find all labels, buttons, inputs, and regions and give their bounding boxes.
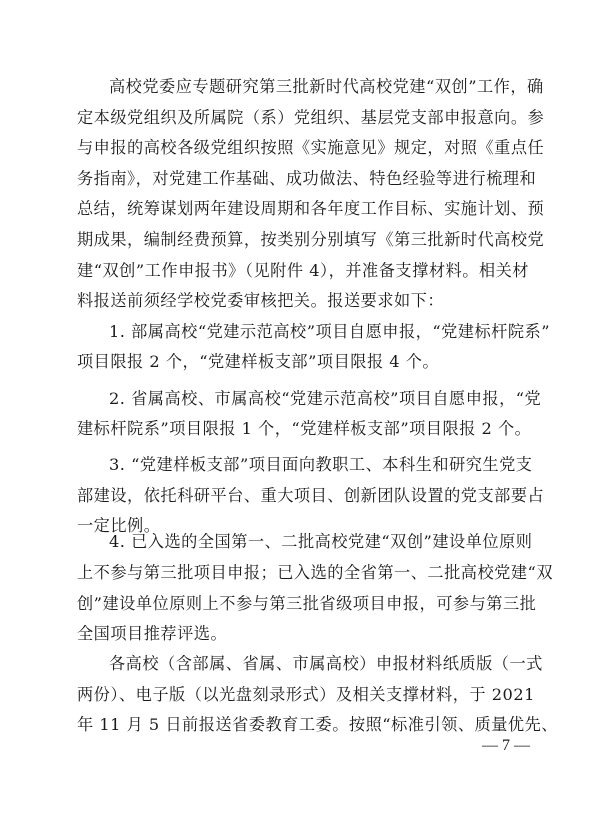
item-2-line-1: 2. 省属高校、市属高校“党建示范高校”项目自愿申报，“党 bbox=[109, 384, 529, 414]
paragraph-submission-line-1: 各高校（含部属、省属、市属高校）申报材料纸质版（一式 bbox=[109, 649, 529, 679]
item-1-line-2: 项目限报 2 个，“党建样板支部”项目限报 4 个。 bbox=[77, 347, 529, 377]
paragraph-intro-line-2: 定本级党组织及所属院（系）党组织、基层党支部申报意向。参 bbox=[77, 103, 529, 133]
item-4-line-4: 全国项目推荐评选。 bbox=[77, 619, 529, 649]
paragraph-submission-line-3: 年 11 月 5 日前报送省委教育工委。按照“标准引领、质量优先、 bbox=[77, 710, 529, 740]
paragraph-intro-line-7: 建“双创”工作申报书》（见附件 4），并准备支撑材料。相关材 bbox=[77, 256, 529, 286]
paragraph-intro-line-8: 料报送前须经学校党委审核把关。报送要求如下： bbox=[77, 286, 529, 316]
item-3-line-1: 3. “党建样板支部”项目面向教职工、本科生和研究生党支 bbox=[109, 450, 529, 480]
page-number: — 7 — bbox=[478, 734, 534, 758]
document-page: 高校党委应专题研究第三批新时代高校党建“双创”工作，确 定本级党组织及所属院（系… bbox=[0, 0, 606, 825]
item-2-line-2: 建标杆院系”项目限报 1 个，“党建样板支部”项目限报 2 个。 bbox=[77, 414, 529, 444]
paragraph-intro-line-1: 高校党委应专题研究第三批新时代高校党建“双创”工作，确 bbox=[109, 72, 529, 102]
paragraph-intro-line-4: 务指南》，对党建工作基础、成功做法、特色经验等进行梳理和 bbox=[77, 164, 529, 194]
paragraph-intro-line-3: 与申报的高校各级党组织按照《实施意见》规定，对照《重点任 bbox=[77, 133, 529, 163]
item-1-line-1: 1. 部属高校“党建示范高校”项目自愿申报，“党建标杆院系” bbox=[109, 317, 529, 347]
item-3-line-2: 部建设，依托科研平台、重大项目、创新团队设置的党支部要占 bbox=[77, 481, 529, 511]
paragraph-intro-line-6: 期成果，编制经费预算，按类别分别填写《第三批新时代高校党 bbox=[77, 225, 529, 255]
item-4-line-3: 创”建设单位原则上不参与第三批省级项目申报，可参与第三批 bbox=[77, 589, 529, 619]
item-4-line-2: 上不参与第三批项目申报；已入选的全省第一、二批高校党建“双 bbox=[77, 558, 529, 588]
paragraph-intro-line-5: 总结，统筹谋划两年建设周期和各年度工作目标、实施计划、预 bbox=[77, 194, 529, 224]
item-4-line-1: 4. 已入选的全国第一、二批高校党建“双创”建设单位原则 bbox=[109, 527, 529, 557]
paragraph-submission-line-2: 两份）、电子版（以光盘刻录形式）及相关支撑材料，于 2021 bbox=[77, 680, 529, 710]
